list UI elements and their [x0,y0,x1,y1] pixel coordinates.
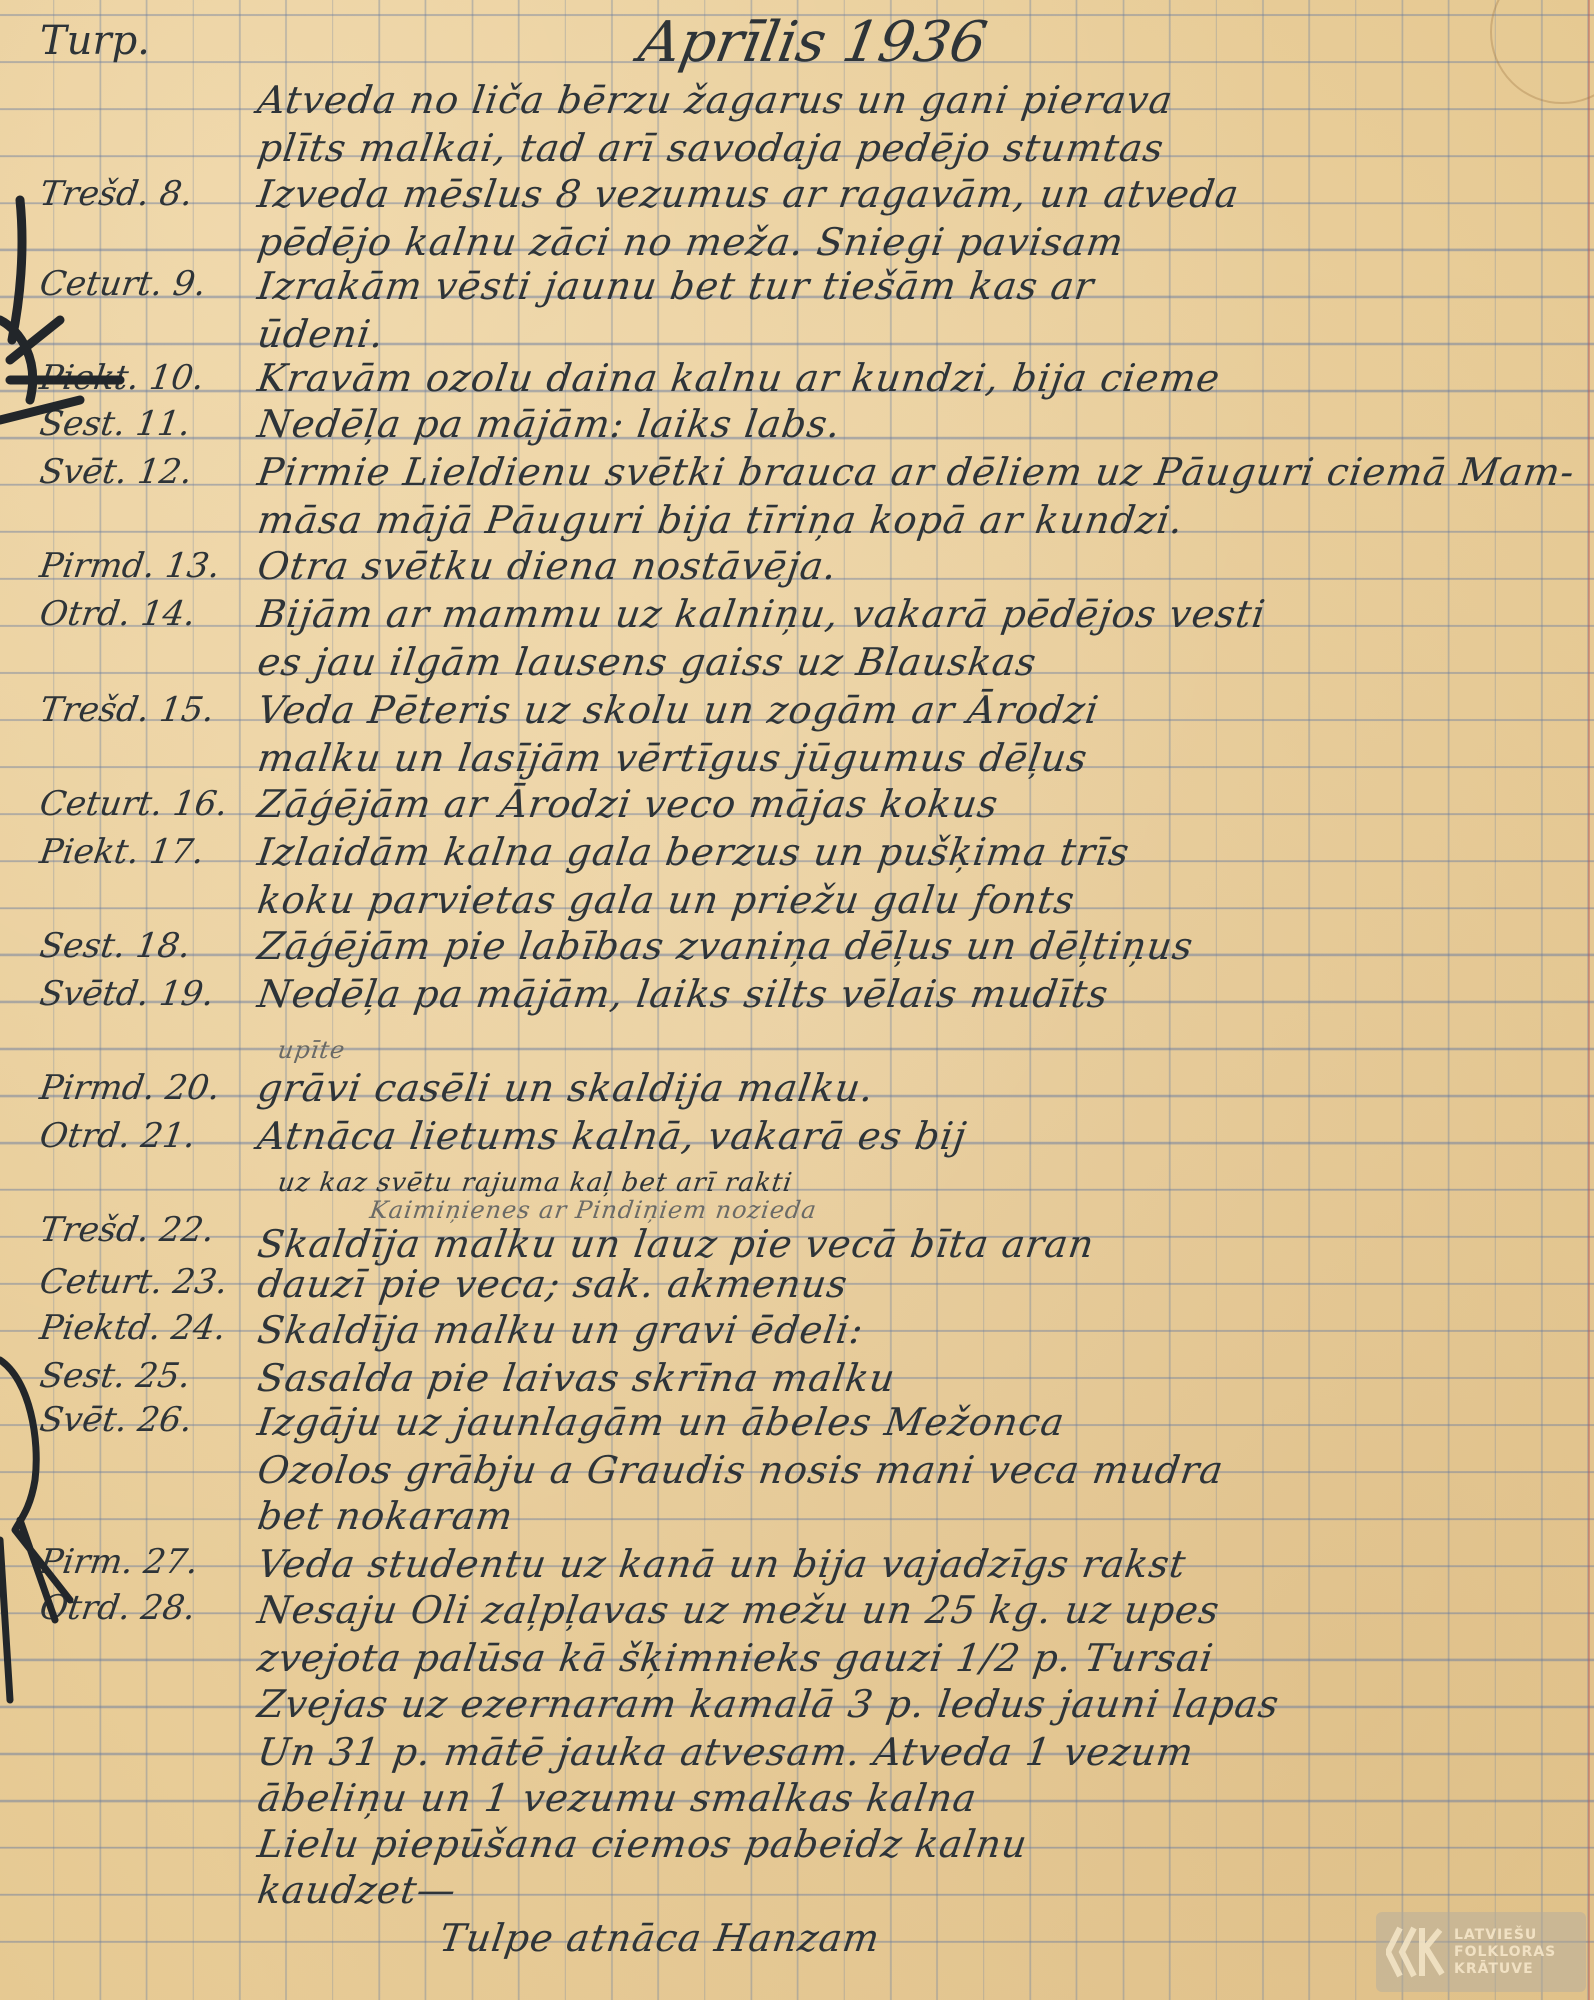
entry-line: māsa mājā Pāuguri bija tīriņa kopā ar ku… [255,498,1187,542]
watermark-line: KRĀTUVE [1454,1961,1556,1978]
entry-line: Sasalda pie laivas skrīna malku [255,1356,898,1400]
entry-line: Izgāju uz jaunlagām un ābeles Mežonca [255,1400,1068,1444]
entry-weekday: Pirmd. 13. [37,546,222,586]
entry-weekday: Otrd. 28. [37,1588,198,1628]
archive-watermark: LATVIEŠU FOLKLORAS KRĀTUVE [1376,1912,1586,1992]
entry-weekday: Trešd. 8. [37,174,195,214]
entry-line: ūdeni. [255,312,387,356]
entry-weekday: Piekt. 10. [37,358,206,398]
entry-weekday: Pirmd. 20. [37,1068,222,1108]
entry-weekday: Piektd. 24. [37,1308,228,1348]
margin-note: Kaimiņienes ar Pindiņiem nozieda [368,1196,819,1224]
entry-weekday: Sest. 25. [37,1356,193,1396]
entry-weekday: Ceturt. 16. [37,784,230,824]
entry-line: ābeliņu un 1 vezumu smalkas kalna [255,1776,980,1820]
entry-line: Bijām ar mammu uz kalniņu, vakarā pēdējo… [255,592,1269,636]
intro-line: Atveda no liča bērzu žagarus un gani pie… [255,78,1176,122]
entry-weekday: Ceturt. 9. [37,264,208,304]
entry-line: Izlaidām kalna gala berzus un pušķima tr… [255,830,1133,874]
archive-name: LATVIEŠU FOLKLORAS KRĀTUVE [1454,1927,1556,1978]
closing-line: Tulpe atnāca Hanzam [437,1916,883,1960]
page-title: Aprīlis 1936 [634,10,991,75]
entry-line: Nesaju Oli zaļpļavas uz mežu un 25 kg. u… [255,1588,1223,1632]
entry-weekday: Otrd. 21. [37,1116,198,1156]
entry-line: Nedēļa pa mājām: laiks labs. [255,402,844,446]
entry-line: Skaldīja malku un lauz pie vecā bīta ara… [255,1222,1097,1266]
entry-line: Veda Pēteris uz skolu un zogām ar Ārodzi [255,688,1102,732]
entry-line: Skaldīja malku un gravi ēdeli: [255,1308,867,1352]
entry-line: koku parvietas gala un priežu galu fonts [255,878,1078,922]
watermark-line: LATVIEŠU [1454,1927,1556,1944]
entry-line: Nedēļa pa mājām, laiks silts vēlais mudī… [255,972,1111,1016]
entry-line: Un 31 p. mātē jauka atvesam. Atveda 1 ve… [255,1730,1197,1774]
entry-line: Izveda mēslus 8 vezumus ar ragavām, un a… [255,172,1242,216]
entry-line: pēdējo kalnu zāci no meža. Sniegi pavisa… [255,220,1127,264]
entry-weekday: Sest. 11. [37,404,193,444]
entry-line: Atnāca lietums kalnā, vakarā es bij [255,1114,970,1158]
entry-line: Lielu piepūšana ciemos pabeidz kalnu [255,1822,1030,1866]
entry-line: Veda studentu uz kanā un bija vajadzīgs … [255,1542,1189,1586]
entry-line: Pirmie Lieldienu svētki brauca ar dēliem… [255,450,1578,494]
entry-weekday: Svētd. 19. [37,974,216,1014]
entry-line: uz kaz svētu rajuma kaļ bet arī rakti [276,1168,795,1198]
entry-weekday: Ceturt. 23. [37,1262,230,1302]
entry-line: zvejota palūsa kā šķimnieks gauzi 1/2 p.… [255,1636,1217,1680]
corner-note: Turp. [40,18,150,64]
diary-page: Turp. Aprīlis 1936 Atveda no liča bērzu … [0,0,1594,2000]
entry-line: Zāģējām ar Ārodzi veco mājas kokus [255,782,1001,826]
watermark-line: FOLKLORAS [1454,1944,1556,1961]
entry-line: es jau ilgām lausens gaiss uz Blauskas [255,640,1040,684]
entry-line: kaudzet— [255,1868,459,1912]
entry-weekday: Pirm. 27. [37,1542,201,1582]
entry-line: grāvi casēli un skaldija malku. [255,1066,877,1110]
entry-line: Ozolos grābju a Graudis nosis mani veca … [255,1448,1227,1492]
margin-note: upīte [276,1036,347,1064]
entry-weekday: Sest. 18. [37,926,193,966]
entry-line: bet nokaram [255,1494,516,1538]
entry-weekday: Trešd. 15. [37,690,217,730]
archive-logo-icon [1386,1922,1446,1982]
entry-line: Izrakām vēsti jaunu bet tur tiešām kas a… [255,264,1097,308]
entry-weekday: Svēt. 26. [37,1400,195,1440]
entry-line: Zvejas uz ezernaram kamalā 3 p. ledus ja… [255,1682,1282,1726]
entry-weekday: Trešd. 22. [37,1210,217,1250]
entry-line: dauzī pie veca; sak. akmenus [255,1262,851,1306]
entry-line: Kravām ozolu daina kalnu ar kundzi, bija… [255,356,1223,400]
entry-line: Otra svētku diena nostāvēja. [255,544,840,588]
entry-line: malku un lasījām vērtīgus jūgumus dēļus [255,736,1091,780]
entry-weekday: Otrd. 14. [37,594,198,634]
entry-weekday: Piekt. 17. [37,832,206,872]
page-edge-line [1588,0,1590,2000]
intro-line: plīts malkai, tad arī savodaja pedējo st… [255,126,1167,170]
entry-line: Zāģējām pie labības zvaniņa dēļus un dēļ… [255,924,1196,968]
entry-weekday: Svēt. 12. [37,452,195,492]
